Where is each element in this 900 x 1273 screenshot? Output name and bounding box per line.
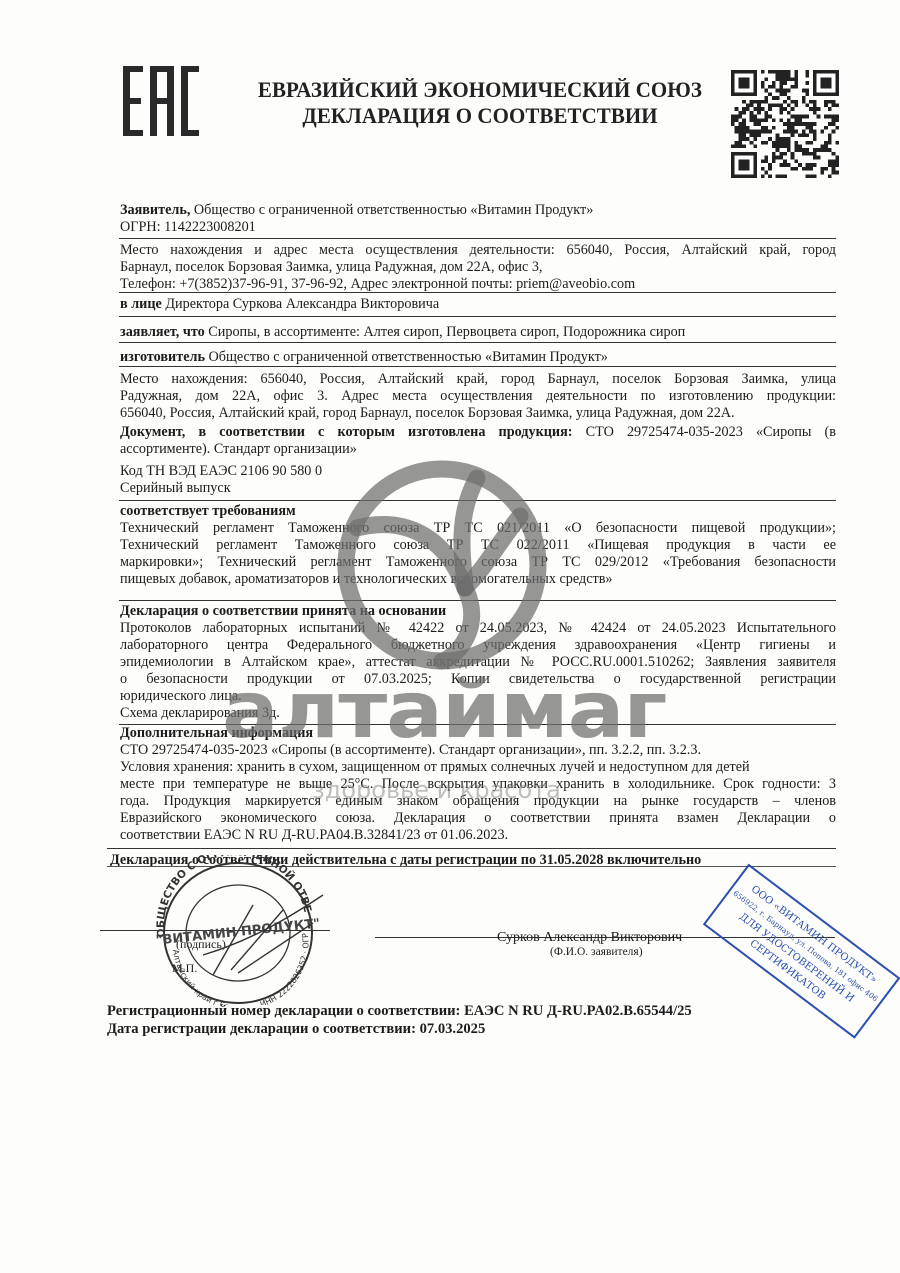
divider [119,366,836,367]
document-standard: СТО 29725474-035-2023 «Сиропы (в [573,424,836,440]
requirements-label: соответствует требованиям [120,503,296,519]
representative: в лице Директора Суркова Александра Викт… [120,296,836,313]
declaration-title: ДЕКЛАРАЦИЯ О СООТВЕТСТВИИ [229,103,731,129]
requirement-line: Технический регламент Таможенного союза … [120,520,836,537]
additional-line: Евразийского экономического союза. Декла… [120,810,836,827]
qr-code-icon[interactable] [731,70,839,178]
product-names: Сиропы, в ассортименте: Алтея сироп, Пер… [205,324,686,340]
manufacturer-label: изготовитель [120,349,205,365]
address-line: 656040, Россия, Алтайский край, город Ба… [120,405,836,422]
document-section: Документ, в соответствии с которым изгот… [120,424,836,458]
divider [119,600,836,601]
certificates-stamp: ООО «ВИТАМИН ПРОДУКТ» 656922, г. Барнаул… [700,858,900,1043]
registration-date: 07.03.2025 [416,1021,485,1037]
union-title: ЕВРАЗИЙСКИЙ ЭКОНОМИЧЕСКИЙ СОЮЗ [229,77,731,103]
representative-value: Директора Суркова Александра Викторовича [162,296,439,312]
svg-text:ООО «ВИТАМИН ПРОДУКТ»: ООО «ВИТАМИН ПРОДУКТ» [749,884,879,986]
svg-text:СЕРТИФИКАТОВ: СЕРТИФИКАТОВ [748,938,828,1002]
address-line: Место нахождения: 656040, Россия, Алтайс… [120,371,836,388]
declares-label: заявляет, что [120,324,205,340]
registration-date-label: Дата регистрации декларации о соответств… [107,1021,416,1037]
additional-line: СТО 29725474-035-2023 «Сиропы (в ассорти… [120,742,836,759]
additional-line: Условия хранения: хранить в сухом, защищ… [120,759,836,776]
registration-number-row: Регистрационный номер декларации о соотв… [107,1003,692,1020]
declaration-page: ЕВРАЗИЙСКИЙ ЭКОНОМИЧЕСКИЙ СОЮЗ ДЕКЛАРАЦИ… [0,0,900,1273]
eac-logo-icon [123,66,199,136]
additional-line: года. Продукция маркируется единым знако… [120,793,836,810]
tn-ved-code: Код ТН ВЭД ЕАЭС 2106 90 580 0 [120,463,836,480]
additional-line: соответствии ЕАЭС N RU Д-RU.PA04.B.32841… [120,827,836,844]
registration-number: ЕАЭС N RU Д-RU.PA02.B.65544/25 [460,1003,691,1019]
signature-caption: (подпись) [176,937,226,952]
manufacturer-name: Общество с ограниченной ответственностью… [205,349,608,365]
classification: Код ТН ВЭД ЕАЭС 2106 90 580 0 Серийный в… [120,463,836,497]
applicant-ogrn: ОГРН: 1142223008201 [120,219,836,236]
additional-line: месте при температуре не выше 25°С. Посл… [120,776,836,793]
release-type: Серийный выпуск [120,480,836,497]
additional-info-section: Дополнительная информация СТО 29725474-0… [120,725,836,844]
representative-label: в лице [120,296,162,312]
basis-line: юридического лица. [120,688,836,705]
address-line: Место нахождения и адрес места осуществл… [120,242,836,259]
document-label: Документ, в соответствии с которым изгот… [120,424,573,440]
declaration-scheme: Схема декларирования 3д. [120,705,836,722]
signature-line [100,930,330,931]
manufacturer-address: Место нахождения: 656040, Россия, Алтайс… [120,371,836,422]
divider [119,292,836,293]
divider [119,342,836,343]
divider [119,238,836,239]
svg-text:ДЛЯ УДОСТОВЕРЕНИЙ И: ДЛЯ УДОСТОВЕРЕНИЙ И [737,911,857,1005]
seal-caption: М.П. [172,961,197,976]
document-header: ЕВРАЗИЙСКИЙ ЭКОНОМИЧЕСКИЙ СОЮЗ ДЕКЛАРАЦИ… [229,77,731,129]
contacts-line: Телефон: +7(3852)37-96-91, 37-96-92, Адр… [120,276,836,293]
divider [119,500,836,501]
registration-date-row: Дата регистрации декларации о соответств… [107,1021,485,1038]
basis-line: Протоколов лабораторных испытаний № 4242… [120,620,836,637]
basis-line: о безопасности продукции от 07.03.2025; … [120,671,836,688]
basis-label: Декларация о соответствии принята на осн… [120,603,446,619]
document-standard-cont: ассортименте). Стандарт организации» [120,441,836,458]
manufacturer-section: изготовитель Общество с ограниченной отв… [120,349,836,366]
registration-number-label: Регистрационный номер декларации о соотв… [107,1003,460,1019]
signer-caption: (Ф.И.О. заявителя) [550,946,643,958]
applicant-section: Заявитель, Общество с ограниченной ответ… [120,202,836,236]
divider [107,848,836,849]
address-line: Радужная, дом 22А, офис 3. Адрес места о… [120,388,836,405]
basis-section: Декларация о соответствии принята на осн… [120,603,836,722]
applicant-label: Заявитель, [120,202,190,218]
applicant-address: Место нахождения и адрес места осуществл… [120,242,836,293]
signer-name: Сурков Александр Викторович [497,930,682,946]
divider [119,316,836,317]
applicant-name: Общество с ограниченной ответственностью… [190,202,593,218]
svg-text:656922, г. Барнаул, ул. Попова: 656922, г. Барнаул, ул. Попова, 181 офис… [731,889,879,1004]
divider [107,866,836,867]
additional-info-label: Дополнительная информация [120,725,313,741]
requirement-line: пищевых добавок, ароматизаторов и технол… [120,571,836,588]
basis-line: лабораторного центра Федерального бюджет… [120,637,836,654]
requirement-line: маркировки»; Технический регламент Тамож… [120,554,836,571]
basis-line: эпидемиологии в Алтайском крае», аттеста… [120,654,836,671]
address-line: Барнаул, поселок Борзовая Заимка, улица … [120,259,836,276]
requirement-line: Технический регламент Таможенного союза … [120,537,836,554]
declares-section: заявляет, что Сиропы, в ассортименте: Ал… [120,324,836,341]
requirements-section: соответствует требованиям Технический ре… [120,503,836,588]
